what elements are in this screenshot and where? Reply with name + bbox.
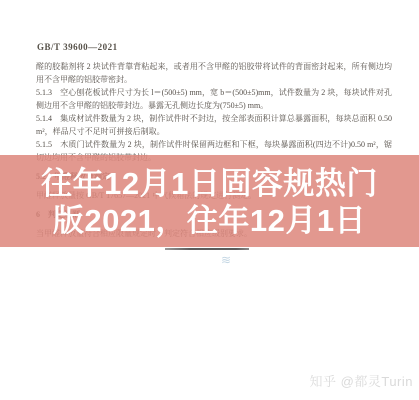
standard-number: GB/T 39600—2021 — [37, 42, 118, 52]
banner-title: 往年12月1日固容规热门 版2021，往年12月1日 — [0, 155, 419, 239]
screenshot-root: GB/T 39600—2021 醛的胶黏剂将 2 块试件背靠背粘起来，或者用不含… — [0, 0, 419, 400]
zhihu-watermark: 知乎 @都灵Turin — [310, 371, 413, 390]
banner-title-line-2: 版2021，往年12月1日 — [0, 202, 419, 239]
paragraph-5-1-4: 5.1.4 集成材试件数量为 2 块，制作试件时不封边，按全部表面积计算总暴露面… — [36, 112, 392, 138]
faint-stamp-icon: ≋ — [217, 253, 235, 267]
banner-title-line-1: 往年12月1日固容规热门 — [0, 165, 419, 202]
paragraph-5-1-3: 5.1.3 空心刨花板试件尺寸为长 l＝(500±5) mm，宽 b＝(500±… — [36, 86, 392, 112]
paragraph-continuation: 醛的胶黏剂将 2 块试件背靠背粘起来，或者用不含甲醛的铝胶带将试件的背面密封起来… — [36, 60, 392, 86]
title-banner-overlay: 往年12月1日固容规热门 版2021，往年12月1日 — [0, 155, 419, 247]
divider-line — [165, 248, 249, 250]
